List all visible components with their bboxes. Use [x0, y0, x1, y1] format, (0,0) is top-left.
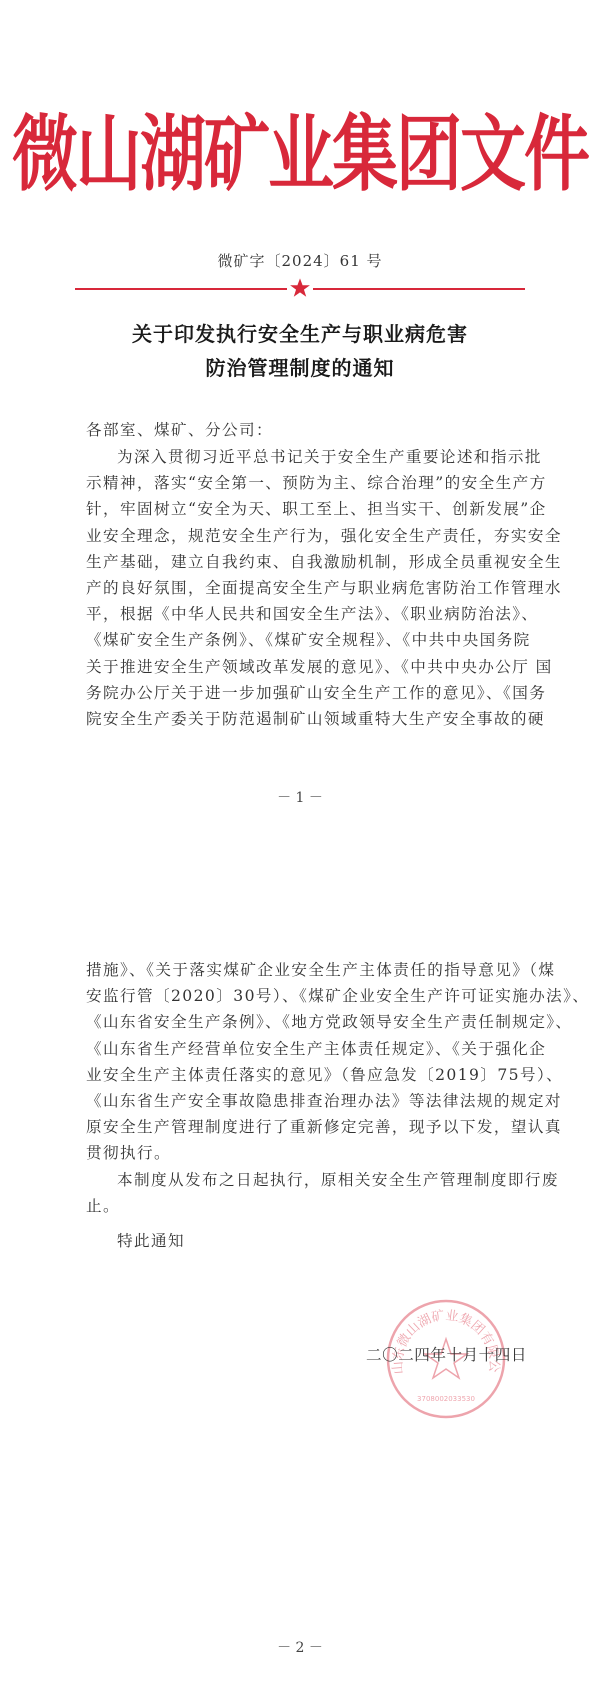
body-line: 原安全生产管理制度进行了重新修定完善，现予以下发，望认真 — [86, 1114, 528, 1140]
page-1: 微山湖矿业集团文件 微矿字〔2024〕61 号 关于印发执行安全生产与职业病危害… — [0, 0, 600, 849]
body-paragraph-2: 本制度从发布之日起执行，原相关安全生产管理制度即行废 止。 — [86, 1167, 528, 1219]
red-star-icon — [289, 277, 311, 299]
page-2: 措施》、《关于落实煤矿企业安全生产主体责任的指导意见》（煤 安监行管〔2020〕… — [0, 849, 600, 1698]
closing-phrase: 特此通知 — [117, 1229, 185, 1251]
body-line: 止。 — [86, 1193, 528, 1219]
body-line: 院安全生产委关于防范遏制矿山领域重特大生产安全事故的硬 — [86, 706, 528, 732]
body-line: 《山东省生产经营单位安全生产主体责任规定》、《关于强化企 — [86, 1036, 528, 1062]
body-line: 本制度从发布之日起执行，原相关安全生产管理制度即行废 — [86, 1167, 528, 1193]
body-line: 生产基础，建立自我约束、自我激励机制，形成全员重视安全生 — [86, 549, 528, 575]
red-divider-left — [75, 288, 287, 290]
document-masthead: 微山湖矿业集团文件 — [0, 110, 600, 198]
salutation: 各部室、煤矿、分公司： — [86, 418, 273, 440]
issue-date: 二〇二四年十月十四日 — [366, 1343, 527, 1365]
body-line: 措施》、《关于落实煤矿企业安全生产主体责任的指导意见》（煤 — [86, 957, 528, 983]
red-divider-right — [313, 288, 525, 290]
body-line: 针，牢固树立“安全为天、职工至上、担当实干、创新发展”企 — [86, 496, 528, 522]
notice-title-line-1: 关于印发执行安全生产与职业病危害 — [0, 318, 600, 347]
body-line: 业安全理念，规范安全生产行为，强化安全生产责任，夯实安全 — [86, 523, 528, 549]
body-line: 示精神，落实“安全第一、预防为主、综合治理”的安全生产方 — [86, 470, 528, 496]
body-line: 关于推进安全生产领域改革发展的意见》、《中共中央办公厅 国 — [86, 654, 528, 680]
body-line: 为深入贯彻习近平总书记关于安全生产重要论述和指示批 — [86, 444, 528, 470]
body-line: 《山东省生产安全事故隐患排查治理办法》等法律法规的规定对 — [86, 1088, 528, 1114]
document-number: 微矿字〔2024〕61 号 — [0, 250, 600, 271]
body-line: 务院办公厅关于进一步加强矿山安全生产工作的意见》、《国务 — [86, 680, 528, 706]
svg-text:3708002033530: 3708002033530 — [417, 1395, 475, 1403]
page-number-2: － 2 － — [0, 1637, 600, 1657]
body-line: 《山东省安全生产条例》、《地方党政领导安全生产责任制规定》、 — [86, 1009, 528, 1035]
notice-title-line-2: 防治管理制度的通知 — [0, 352, 600, 381]
body-paragraph-1-page-2: 措施》、《关于落实煤矿企业安全生产主体责任的指导意见》（煤 安监行管〔2020〕… — [86, 957, 528, 1167]
body-line: 产的良好氛围，全面提高安全生产与职业病危害防治工作管理水 — [86, 575, 528, 601]
body-line: 安监行管〔2020〕30号）、《煤矿企业安全生产许可证实施办法》、 — [86, 983, 528, 1009]
body-line: 《煤矿安全生产条例》、《煤矿安全规程》、《中共中央国务院 — [86, 627, 528, 653]
body-paragraph-1-page-1: 为深入贯彻习近平总书记关于安全生产重要论述和指示批 示精神，落实“安全第一、预防… — [86, 444, 528, 732]
page-number-1: － 1 － — [0, 787, 600, 807]
body-line: 平，根据《中华人民共和国安全生产法》、《职业病防治法》、 — [86, 601, 528, 627]
body-line: 业安全生产主体责任落实的意见》（鲁应急发〔2019〕75号）、 — [86, 1062, 528, 1088]
body-line: 贯彻执行。 — [86, 1140, 528, 1166]
